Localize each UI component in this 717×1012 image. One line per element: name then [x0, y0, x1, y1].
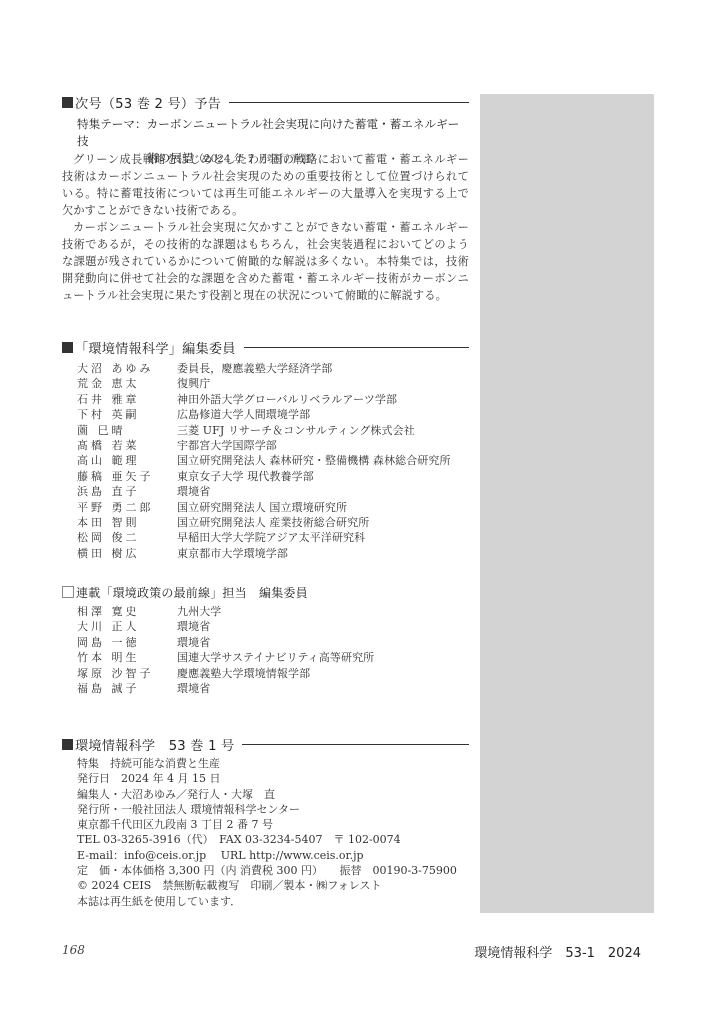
member-affiliation: 復興庁: [177, 376, 210, 391]
running-footer-journal: 環境情報科学 53-1 2024: [474, 942, 641, 961]
member-name: 石井 雅章: [77, 392, 177, 407]
member-name: 福島 誠子: [77, 681, 177, 696]
filled-square-icon: [62, 739, 73, 750]
member-name: 下村 英嗣: [77, 407, 177, 422]
member-name: 荒金 恵太: [77, 376, 177, 391]
member-name: 高山 範理: [77, 453, 177, 468]
open-square-icon: [62, 586, 74, 598]
member-row: 大沼 あゆみ委員長，慶應義塾大学経済学部: [77, 361, 451, 376]
member-affiliation: 東京都市大学環境学部: [177, 546, 288, 561]
document-page: 次号（53 巻 2 号）予告 特集テーマ：カーボンニュートラル社会実現に向けた蓄…: [0, 0, 717, 1012]
colophon-editor-publisher: 編集人・大沼あゆみ／発行人・大塚 直: [77, 787, 457, 802]
member-row: 薗 巳晴三菱 UFJ リサーチ＆コンサルティング株式会社: [77, 423, 451, 438]
member-affiliation: 広島修道大学人間環境学部: [177, 407, 310, 422]
editorial-board-section: 「環境情報科学」編集委員 大沼 あゆみ委員長，慶應義塾大学経済学部 荒金 恵太復…: [62, 338, 469, 356]
colophon-email-url: E-mail：info@ceis.or.jp URL http://www.ce…: [77, 848, 457, 863]
member-affiliation: 慶應義塾大学環境情報学部: [177, 666, 310, 681]
member-name: 塚原 沙智子: [77, 666, 177, 681]
member-affiliation: 宇都宮大学国際学部: [177, 438, 277, 453]
series-board-list: 相澤 寛史九州大学 大川 正人環境省 岡島 一徳環境省 竹本 明生国連大学サステ…: [77, 604, 374, 696]
member-affiliation: 国連大学サステイナビリティ高等研究所: [177, 650, 374, 665]
next-issue-heading: 次号（53 巻 2 号）予告: [62, 93, 469, 111]
colophon-issue-date: 発行日 2024 年 4 月 15 日: [77, 771, 457, 786]
member-row: 髙橋 若菜宇都宮大学国際学部: [77, 438, 451, 453]
heading-text: 「環境情報科学」編集委員: [75, 338, 236, 357]
theme-label: 特集テーマ：: [77, 117, 147, 131]
member-affiliation: 委員長，慶應義塾大学経済学部: [177, 361, 332, 376]
member-name: 髙橋 若菜: [77, 438, 177, 453]
editorial-board-list: 大沼 あゆみ委員長，慶應義塾大学経済学部 荒金 恵太復興庁 石井 雅章神田外語大…: [77, 361, 451, 561]
member-row: 高山 範理国立研究開発法人 森林研究・整備機構 森林総合研究所: [77, 453, 451, 468]
member-affiliation: 九州大学: [177, 604, 221, 619]
member-row: 大川 正人環境省: [77, 619, 374, 634]
heading-rule: [242, 744, 469, 745]
member-row: 横田 樹広東京都市大学環境学部: [77, 546, 451, 561]
gray-side-panel: [480, 94, 654, 913]
member-row: 竹本 明生国連大学サステイナビリティ高等研究所: [77, 650, 374, 665]
member-affiliation: 国立研究開発法人 産業技術総合研究所: [177, 515, 369, 530]
member-row: 石井 雅章神田外語大学グローバルリベラルアーツ学部: [77, 392, 451, 407]
member-name: 平野 勇二郎: [77, 500, 177, 515]
colophon-heading: 環境情報科学 53 巻 1 号: [62, 735, 469, 753]
member-row: 塚原 沙智子慶應義塾大学環境情報学部: [77, 666, 374, 681]
member-name: 松岡 俊二: [77, 530, 177, 545]
member-row: 岡島 一徳環境省: [77, 635, 374, 650]
editorial-board-heading: 「環境情報科学」編集委員: [62, 338, 469, 356]
series-board-heading: 連載「環境政策の最前線」担当 編集委員: [62, 583, 469, 601]
heading-rule: [244, 347, 469, 348]
next-issue-section: 次号（53 巻 2 号）予告 特集テーマ：カーボンニュートラル社会実現に向けた蓄…: [62, 93, 469, 111]
heading-text: 連載「環境政策の最前線」担当 編集委員: [76, 584, 308, 601]
colophon-lines: 特集 持続可能な消費と生産 発行日 2024 年 4 月 15 日 編集人・大沼…: [77, 756, 457, 909]
heading-text: 環境情報科学 53 巻 1 号: [75, 735, 234, 754]
member-affiliation: 国立研究開発法人 国立環境研究所: [177, 500, 347, 515]
member-name: 浜島 直子: [77, 484, 177, 499]
member-name: 大沼 あゆみ: [77, 361, 177, 376]
member-affiliation: 国立研究開発法人 森林研究・整備機構 森林総合研究所: [177, 453, 451, 468]
heading-text: 次号（53 巻 2 号）予告: [75, 93, 221, 112]
heading-rule: [229, 102, 469, 103]
member-row: 浜島 直子環境省: [77, 484, 451, 499]
member-row: 本田 智則国立研究開発法人 産業技術総合研究所: [77, 515, 451, 530]
member-affiliation: 環境省: [177, 681, 210, 696]
colophon-copyright: © 2024 CEIS 禁無断転載複写 印刷／製本・㈱フォレスト: [77, 878, 457, 893]
member-name: 藤稿 亜矢子: [77, 469, 177, 484]
description-paragraph: カーボンニュートラル社会実現に欠かすことができない蓄電・蓄エネルギー技術であるが…: [62, 219, 469, 304]
member-affiliation: 神田外語大学グローバルリベラルアーツ学部: [177, 392, 397, 407]
member-row: 荒金 恵太復興庁: [77, 376, 451, 391]
member-affiliation: 三菱 UFJ リサーチ＆コンサルティング株式会社: [177, 423, 415, 438]
member-row: 松岡 俊二早稲田大学大学院アジア太平洋研究科: [77, 530, 451, 545]
colophon-price: 定 価・本体価格 3,300 円（内 消費税 300 円） 振替 00190-3…: [77, 863, 457, 878]
member-affiliation: 環境省: [177, 484, 210, 499]
colophon-section: 環境情報科学 53 巻 1 号 特集 持続可能な消費と生産 発行日 2024 年…: [62, 735, 469, 753]
member-row: 福島 誠子環境省: [77, 681, 374, 696]
member-name: 横田 樹広: [77, 546, 177, 561]
member-affiliation: 環境省: [177, 635, 210, 650]
member-name: 大川 正人: [77, 619, 177, 634]
page-number: 168: [62, 943, 85, 957]
member-row: 平野 勇二郎国立研究開発法人 国立環境研究所: [77, 500, 451, 515]
colophon-publishing-office: 発行所・一般社団法人 環境情報科学センター: [77, 802, 457, 817]
member-row: 下村 英嗣広島修道大学人間環境学部: [77, 407, 451, 422]
colophon-recycled-note: 本誌は再生紙を使用しています．: [77, 894, 457, 909]
series-board-section: 連載「環境政策の最前線」担当 編集委員 相澤 寛史九州大学 大川 正人環境省 岡…: [62, 583, 469, 601]
next-issue-description: グリーン成長戦略をはじめとしたわが国の戦略において蓄電・蓄エネルギー技術はカーボ…: [62, 151, 469, 304]
filled-square-icon: [62, 342, 73, 353]
description-paragraph: グリーン成長戦略をはじめとしたわが国の戦略において蓄電・蓄エネルギー技術はカーボ…: [62, 151, 469, 219]
member-row: 藤稿 亜矢子東京女子大学 現代教養学部: [77, 469, 451, 484]
member-name: 本田 智則: [77, 515, 177, 530]
colophon-feature: 特集 持続可能な消費と生産: [77, 756, 457, 771]
colophon-address: 東京都千代田区九段南 3 丁目 2 番 7 号: [77, 817, 457, 832]
member-affiliation: 東京女子大学 現代教養学部: [177, 469, 314, 484]
filled-square-icon: [62, 97, 73, 108]
member-name: 岡島 一徳: [77, 635, 177, 650]
member-name: 相澤 寛史: [77, 604, 177, 619]
member-name: 薗 巳晴: [77, 423, 177, 438]
colophon-phone-fax: TEL 03-3265-3916（代） FAX 03-3234-5407 〒 1…: [77, 832, 457, 847]
member-row: 相澤 寛史九州大学: [77, 604, 374, 619]
member-affiliation: 環境省: [177, 619, 210, 634]
member-name: 竹本 明生: [77, 650, 177, 665]
member-affiliation: 早稲田大学大学院アジア太平洋研究科: [177, 530, 365, 545]
